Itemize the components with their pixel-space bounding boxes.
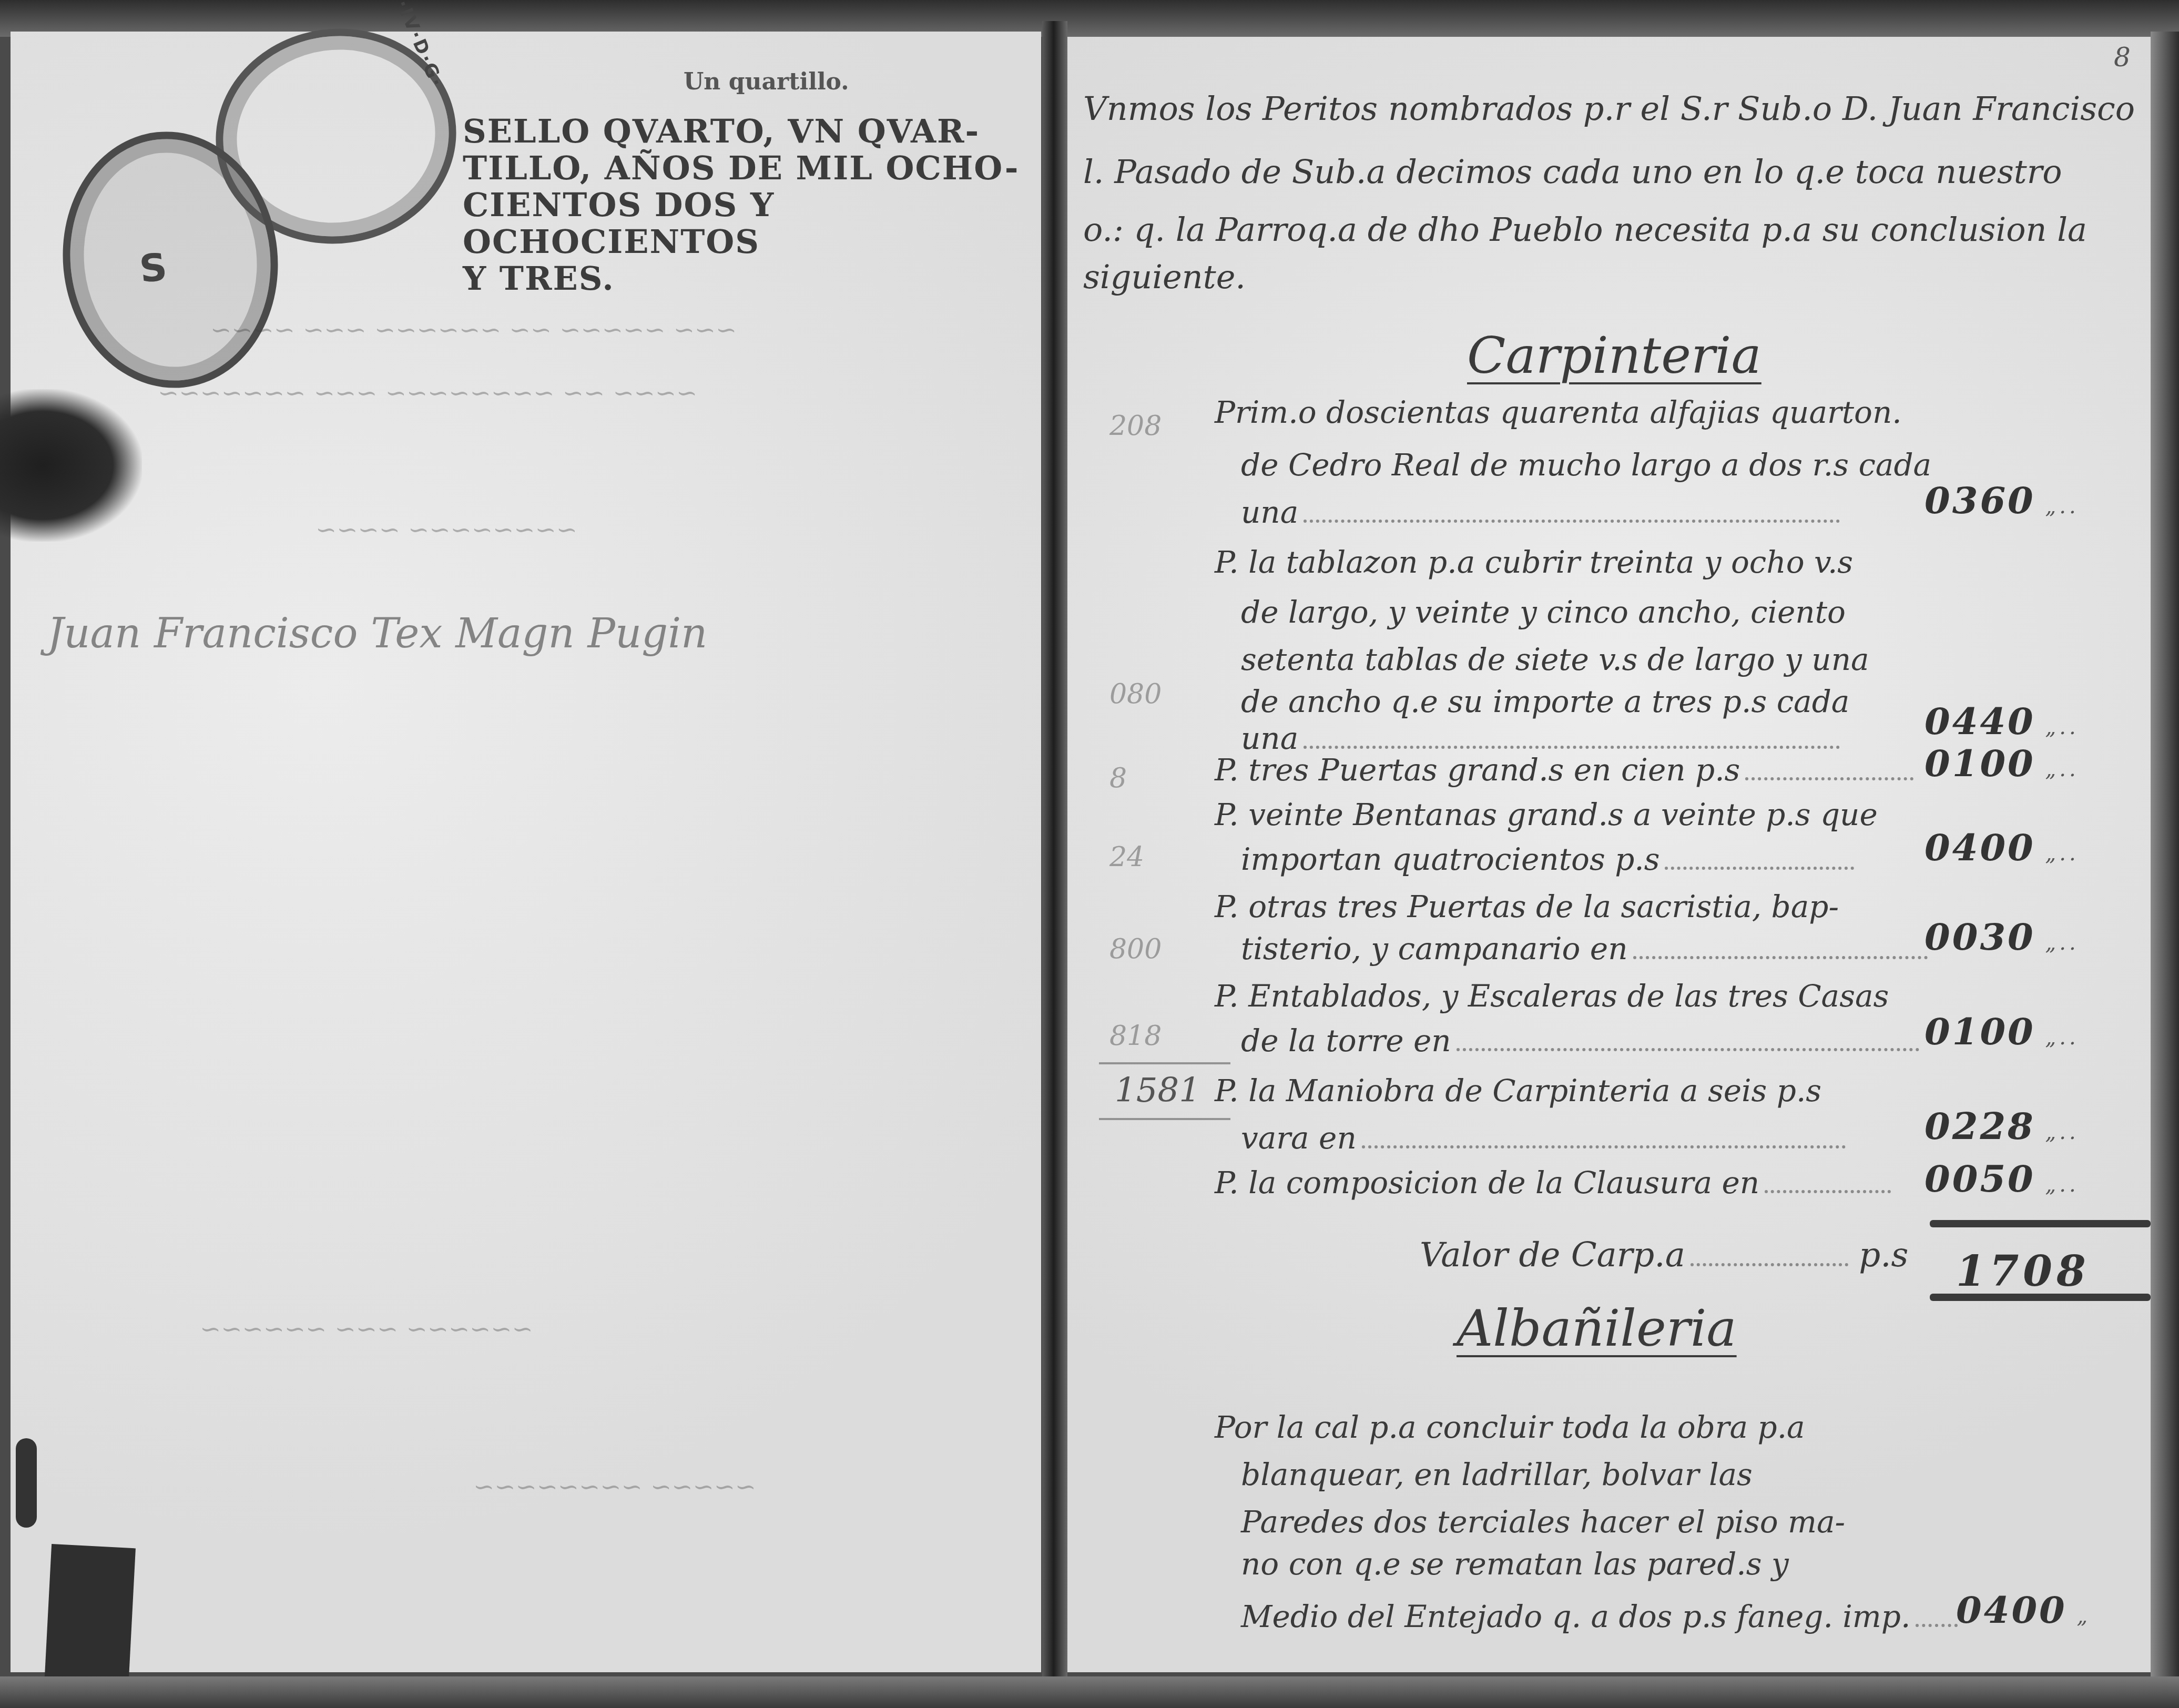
item-line: Medio del Entejado q. a dos p.s faneg. i… [1241,1599,1958,1634]
margin-note: 800 [1109,933,1162,965]
currency-label: p.s [1859,1236,1908,1275]
dotted-leader [1745,777,1913,780]
item-line: una [1241,720,1840,756]
section-title-albanileria: Albañileria [1457,1299,1737,1358]
stamp-heading: SELLO QVARTO, VN QVAR- TILLO, AÑOS DE MI… [463,113,1031,297]
item-line: Paredes dos terciales hacer el piso ma- [1241,1504,1845,1540]
bleed-through-text: ~~~~~~ ~~~ ~~~~~~ [200,1315,533,1344]
amount-value: 0100 [1925,741,2035,785]
item-amount: 0440 „.. [1925,699,2079,743]
item-amount: 0100 „.. [1925,741,2079,785]
intro-line: l. Pasado de Sub.a decimos cada uno en l… [1083,152,2062,191]
bleed-through-text: ~~~~ ~~ ~~~~~~~~ ~~~ ~~~~~~~ [158,379,697,408]
item-line: blanquear, en ladrillar, bolvar las [1241,1457,1753,1492]
intro-line: siguiente. [1083,258,1246,296]
item-amount: 0030 „.. [1925,915,2079,959]
total-rule-bottom [1930,1294,2151,1301]
amount-value: 0030 [1925,915,2035,959]
item-line: de ancho q.e su importe a tres p.s cada [1241,684,1849,719]
item-line: de largo, y veinte y cinco ancho, ciento [1241,594,1846,630]
dotted-leader [1362,1145,1846,1148]
item-line: P. veinte Bentanas grand.s a veinte p.s … [1215,797,1878,832]
item-line: de Cedro Real de mucho largo a dos r.s c… [1241,447,1931,483]
bleed-through-text: ~~~~~ ~~~~~~~~ [473,1472,756,1502]
item-line-text: una [1241,494,1298,530]
item-amount: 0400 „ [1956,1588,2091,1632]
dotted-leader [1304,520,1840,523]
item-amount: 0100 „.. [1925,1010,2079,1053]
item-amount: 0228 „.. [1925,1104,2079,1148]
item-line: no con q.e se rematan las pared.s y [1241,1546,1789,1582]
intro-line: o.: q. la Parroq.a de dho Pueblo necesit… [1083,210,2087,249]
section-title-carpinteria: Carpinteria [1467,326,1761,385]
dotted-leader [1665,867,1854,870]
amount-value: 0400 [1956,1588,2067,1632]
bottom-edge-shadow [0,1676,2179,1708]
margin-note: 818 [1109,1020,1162,1052]
item-line-text: Medio del Entejado q. a dos p.s faneg. i… [1241,1599,1910,1634]
intro-line: Vnmos los Peritos nombrados p.r el S.r S… [1083,89,2135,128]
item-line: P. la tablazon p.a cubrir treinta y ocho… [1215,544,1853,580]
margin-note: 080 [1109,678,1162,710]
amount-value: 0400 [1925,826,2035,869]
dotted-leader [1633,956,1928,959]
item-line: P. la Maniobra de Carpinteria a seis p.s [1215,1073,1821,1109]
item-line-text: vara en [1241,1120,1357,1156]
margin-note-boxed: 1581 [1099,1062,1230,1120]
item-line: importan quatrocientos p.s [1241,841,1854,877]
amount-value: 0440 [1925,699,2035,743]
item-amount: 0400 „.. [1925,826,2079,869]
amount-value: 0228 [1925,1104,2035,1148]
item-line-text: de la torre en [1241,1023,1451,1059]
binding-clip [16,1438,37,1528]
item-line: vara en [1241,1120,1846,1156]
stamp-heading-line: Y TRES. [463,260,1031,297]
bleed-through-text: ~~~ ~~~~~ ~~ ~~~~~~ ~~~ ~~~~ [210,316,737,345]
item-line: una [1241,494,1840,530]
item-line-text: importan quatrocientos p.s [1241,841,1659,877]
book-gutter [1042,21,1067,1693]
right-edge-shadow [2151,32,2179,1688]
amount-value: 0360 [1925,479,2035,522]
dotted-leader [1304,746,1840,749]
item-amount: 0360 „.. [1925,479,2079,522]
margin-note: 208 [1109,410,1162,442]
stamp-denomination: Un quartillo. [684,68,849,95]
item-line: tisterio, y campanario en [1241,931,1928,967]
dotted-leader [1916,1624,1958,1627]
bleed-through-text: ~~~~~~~~ ~~~~ [315,515,577,545]
dotted-leader [1691,1263,1848,1266]
margin-note: 24 [1109,841,1144,873]
item-line: P. tres Puertas grand.s en cien p.s [1215,752,1913,788]
folio-mark: 8 [2114,42,2131,73]
margin-note: 8 [1109,762,1127,794]
stamp-heading-line: SELLO QVARTO, VN QVAR- [463,113,1031,150]
stamp-heading-line: TILLO, AÑOS DE MIL OCHO- [463,150,1031,187]
seal-monogram: S [137,245,171,291]
thumb-shadow [0,389,142,542]
item-line: de la torre en [1241,1023,1919,1059]
dotted-leader [1457,1048,1919,1051]
item-line: P. Entablados, y Escaleras de las tres C… [1215,978,1889,1014]
item-line: P. la composicion de la Clausura en [1215,1165,1891,1201]
item-line: setenta tablas de siete v.s de largo y u… [1241,642,1869,677]
item-line-text: P. la composicion de la Clausura en [1215,1165,1759,1201]
item-line-text: una [1241,720,1298,756]
item-line-text: tisterio, y campanario en [1241,931,1628,967]
amount-value: 0100 [1925,1010,2035,1053]
total-rule-top [1930,1220,2151,1227]
item-line-text: P. tres Puertas grand.s en cien p.s [1215,752,1740,788]
section-total: 1708 [1956,1246,2090,1296]
dotted-leader [1765,1190,1891,1193]
item-line: Por la cal p.a concluir toda la obra p.a [1215,1409,1805,1445]
amount-value: 0050 [1925,1157,2035,1201]
item-amount: 0050 „.. [1925,1157,2079,1201]
item-line: Prim.o doscientas quarenta alfajias quar… [1215,394,1902,430]
item-line: P. otras tres Puertas de la sacristia, b… [1215,889,1839,924]
total-label: Valor de Carp.a p.s [1420,1236,1908,1275]
stamp-heading-line: CIENTOS DOS Y OCHOCIENTOS [463,187,1031,260]
signature: Juan Francisco Tex Magn Pugin [47,610,707,657]
total-label-text: Valor de Carp.a [1420,1236,1685,1275]
